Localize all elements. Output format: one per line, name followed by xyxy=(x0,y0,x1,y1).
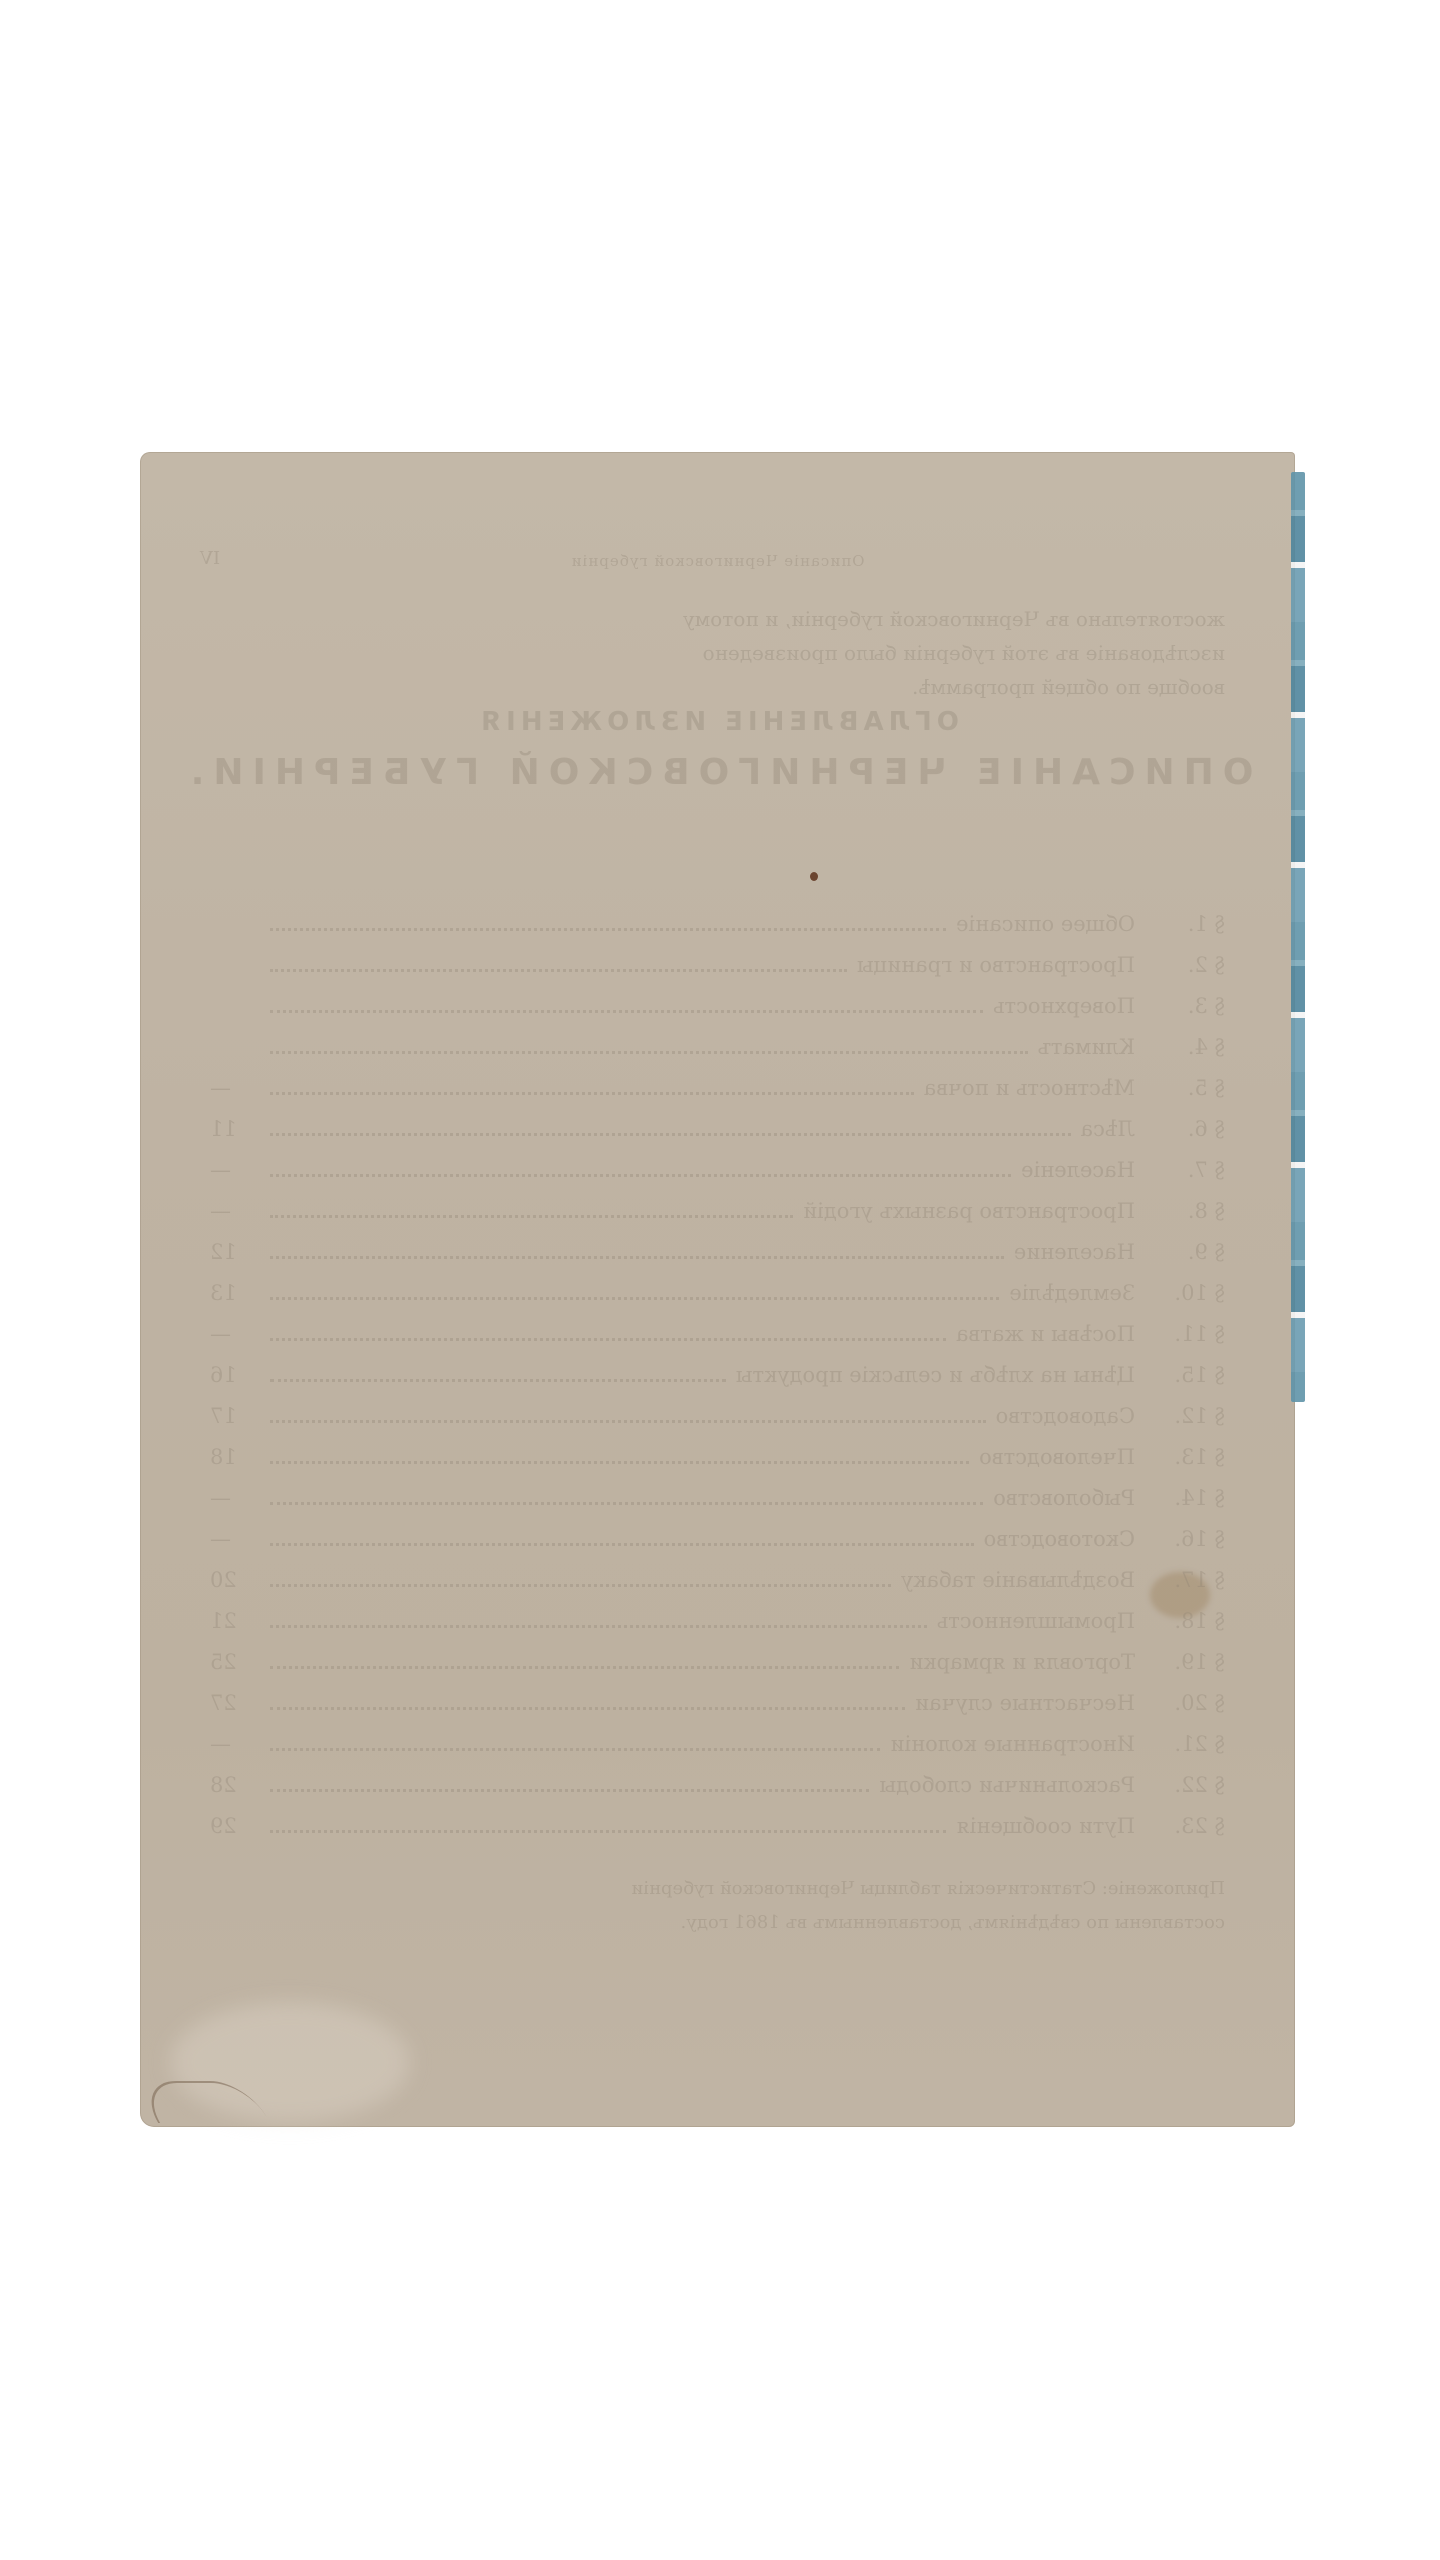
toc-page-number: 27 xyxy=(210,1691,260,1715)
toc-page-number: 29 xyxy=(210,1814,260,1838)
toc-page-number: 25 xyxy=(210,1650,260,1674)
toc-leader-dots xyxy=(270,969,847,972)
toc-title: Климатъ xyxy=(1038,1035,1135,1059)
toc-row: § 10. Земледѣліе 13 xyxy=(210,1281,1225,1322)
toc-row: § 1. Общее описаніе xyxy=(210,912,1225,953)
toc-leader-dots xyxy=(270,1666,899,1669)
toc-row: § 7. Населеніе — xyxy=(210,1158,1225,1199)
toc-row: § 13. Пчеловодство 18 xyxy=(210,1445,1225,1486)
toc-title: Рыболовство xyxy=(993,1486,1135,1510)
toc-row: § 11. Посѣвы и жатва — xyxy=(210,1322,1225,1363)
toc-section-number: § 20. xyxy=(1135,1691,1225,1715)
toc-page-number: 13 xyxy=(210,1281,260,1305)
toc-page-number: 11 xyxy=(210,1117,260,1141)
footer-line: составлены по свѣдѣніямъ, доставленнымъ … xyxy=(210,1906,1225,1940)
toc-title: Пчеловодство xyxy=(979,1445,1135,1469)
toc-leader-dots xyxy=(270,1297,999,1300)
toc-leader-dots xyxy=(270,1010,983,1013)
toc-leader-dots xyxy=(270,1748,880,1751)
toc-page-number: 20 xyxy=(210,1568,260,1592)
show-through-text: Описаніе Черниговской губерніи IV жостоя… xyxy=(140,452,1295,2127)
toc-leader-dots xyxy=(270,1338,946,1341)
toc-section-number: § 16. xyxy=(1135,1527,1225,1551)
toc-section-number: § 9. xyxy=(1135,1240,1225,1264)
toc-section-number: § 10. xyxy=(1135,1281,1225,1305)
toc-title: Население xyxy=(1014,1240,1135,1264)
toc-leader-dots xyxy=(270,1461,969,1464)
toc-title: Пути сообщенія xyxy=(956,1814,1135,1838)
toc-leader-dots xyxy=(270,1625,927,1628)
toc-page-number: — xyxy=(210,1322,260,1346)
toc-section-number: § 17. xyxy=(1135,1568,1225,1592)
toc-page-number: 28 xyxy=(210,1773,260,1797)
toc-leader-dots xyxy=(270,1256,1004,1259)
intro-line: вообще по общей программѣ. xyxy=(210,670,1225,704)
intro-line: жостоятельно въ Черниговской губерніи, и… xyxy=(210,602,1225,636)
toc-leader-dots xyxy=(270,928,946,931)
toc-page-number: — xyxy=(210,1732,260,1756)
title-line-2: ОПИСАНІЕ ЧЕРНИГОВСКОЙ ГУБЕРНІИ. xyxy=(140,752,1295,793)
toc-row: § 6. Лѣса 11 xyxy=(210,1117,1225,1158)
toc-row: § 3. Поверхность xyxy=(210,994,1225,1035)
table-of-contents: § 1. Общее описаніе § 2. Пространство и … xyxy=(210,912,1225,1855)
toc-leader-dots xyxy=(270,1707,905,1710)
intro-line: изслѣдованіе въ этой губерніи было произ… xyxy=(210,636,1225,670)
toc-leader-dots xyxy=(270,1215,793,1218)
toc-title: Пространство разныхъ угодій xyxy=(803,1199,1135,1223)
toc-section-number: § 1. xyxy=(1135,912,1225,936)
toc-section-number: § 8. xyxy=(1135,1199,1225,1223)
toc-page-number: 12 xyxy=(210,1240,260,1264)
toc-page-number: 21 xyxy=(210,1609,260,1633)
toc-row: § 8. Пространство разныхъ угодій — xyxy=(210,1199,1225,1240)
toc-leader-dots xyxy=(270,1133,1071,1136)
toc-section-number: § 3. xyxy=(1135,994,1225,1018)
toc-page-number: — xyxy=(210,1527,260,1551)
toc-section-number: § 2. xyxy=(1135,953,1225,977)
toc-section-number: § 7. xyxy=(1135,1158,1225,1182)
toc-page-number: — xyxy=(210,1158,260,1182)
toc-leader-dots xyxy=(270,1379,726,1382)
toc-row: § 15. Цѣны на хлѣбъ и сельскіе продукты … xyxy=(210,1363,1225,1404)
toc-leader-dots xyxy=(270,1051,1028,1054)
toc-leader-dots xyxy=(270,1789,869,1792)
toc-leader-dots xyxy=(270,1543,974,1546)
toc-row: § 23. Пути сообщенія 29 xyxy=(210,1814,1225,1855)
toc-title: Посѣвы и жатва xyxy=(956,1322,1135,1346)
toc-page-number: 16 xyxy=(210,1363,260,1387)
toc-page-number: 18 xyxy=(210,1445,260,1469)
toc-section-number: § 4. xyxy=(1135,1035,1225,1059)
toc-section-number: § 14. xyxy=(1135,1486,1225,1510)
toc-section-number: § 11. xyxy=(1135,1322,1225,1346)
toc-leader-dots xyxy=(270,1584,891,1587)
toc-leader-dots xyxy=(270,1502,983,1505)
toc-page-number: 17 xyxy=(210,1404,260,1428)
footer-line: Приложеніе: Статистическія таблицы Черни… xyxy=(210,1872,1225,1906)
footer-note: Приложеніе: Статистическія таблицы Черни… xyxy=(210,1872,1225,1940)
toc-title: Торговля и ярмарки xyxy=(909,1650,1135,1674)
toc-section-number: § 21. xyxy=(1135,1732,1225,1756)
toc-row: § 20. Несчастные случаи 27 xyxy=(210,1691,1225,1732)
toc-row: § 12. Садоводство 17 xyxy=(210,1404,1225,1445)
toc-title: Общее описаніе xyxy=(956,912,1135,936)
toc-row: § 5. Мѣстность и почва — xyxy=(210,1076,1225,1117)
title-line-1: ОГЛАВЛЕНІЕ ИЗЛОЖЕНІЯ xyxy=(140,707,1295,737)
toc-page-number: — xyxy=(210,1199,260,1223)
toc-section-number: § 5. xyxy=(1135,1076,1225,1100)
toc-row: § 22. Раскольничьи слободы 28 xyxy=(210,1773,1225,1814)
toc-row: § 19. Торговля и ярмарки 25 xyxy=(210,1650,1225,1691)
toc-page-number: — xyxy=(210,1076,260,1100)
toc-title: Пространство и границы xyxy=(857,953,1135,977)
toc-section-number: § 15. xyxy=(1135,1363,1225,1387)
toc-leader-dots xyxy=(270,1420,986,1423)
toc-title: Земледѣліе xyxy=(1009,1281,1135,1305)
toc-section-number: § 18. xyxy=(1135,1609,1225,1633)
toc-row: § 16. Скотоводство — xyxy=(210,1527,1225,1568)
page-number: IV xyxy=(200,548,220,569)
toc-title: Поверхность xyxy=(993,994,1135,1018)
toc-title: Цѣны на хлѣбъ и сельскіе продукты xyxy=(736,1363,1135,1387)
toc-row: § 17. Воздѣлываніе табаку 20 xyxy=(210,1568,1225,1609)
toc-section-number: § 12. xyxy=(1135,1404,1225,1428)
toc-row: § 18. Промышленность 21 xyxy=(210,1609,1225,1650)
toc-title: Населеніе xyxy=(1021,1158,1135,1182)
toc-title: Лѣса xyxy=(1081,1117,1135,1141)
toc-title: Садоводство xyxy=(996,1404,1135,1428)
toc-leader-dots xyxy=(270,1174,1011,1177)
paper-sheet: Описаніе Черниговской губерніи IV жостоя… xyxy=(140,452,1295,2127)
toc-section-number: § 22. xyxy=(1135,1773,1225,1797)
running-header: Описаніе Черниговской губерніи xyxy=(140,552,1295,570)
toc-title: Воздѣлываніе табаку xyxy=(901,1568,1135,1592)
toc-row: § 14. Рыболовство — xyxy=(210,1486,1225,1527)
toc-row: § 2. Пространство и границы xyxy=(210,953,1225,994)
toc-leader-dots xyxy=(270,1092,914,1095)
toc-section-number: § 6. xyxy=(1135,1117,1225,1141)
toc-title: Иностранные колоніи xyxy=(890,1732,1135,1756)
toc-title: Мѣстность и почва xyxy=(924,1076,1135,1100)
toc-leader-dots xyxy=(270,1830,946,1833)
toc-title: Скотоводство xyxy=(984,1527,1135,1551)
toc-title: Раскольничьи слободы xyxy=(879,1773,1135,1797)
toc-row: § 21. Иностранные колоніи — xyxy=(210,1732,1225,1773)
toc-page-number: — xyxy=(210,1486,260,1510)
toc-section-number: § 23. xyxy=(1135,1814,1225,1838)
toc-row: § 4. Климатъ xyxy=(210,1035,1225,1076)
toc-section-number: § 13. xyxy=(1135,1445,1225,1469)
toc-section-number: § 19. xyxy=(1135,1650,1225,1674)
toc-title: Несчастные случаи xyxy=(915,1691,1135,1715)
toc-row: § 9. Население 12 xyxy=(210,1240,1225,1281)
toc-title: Промышленность xyxy=(937,1609,1135,1633)
